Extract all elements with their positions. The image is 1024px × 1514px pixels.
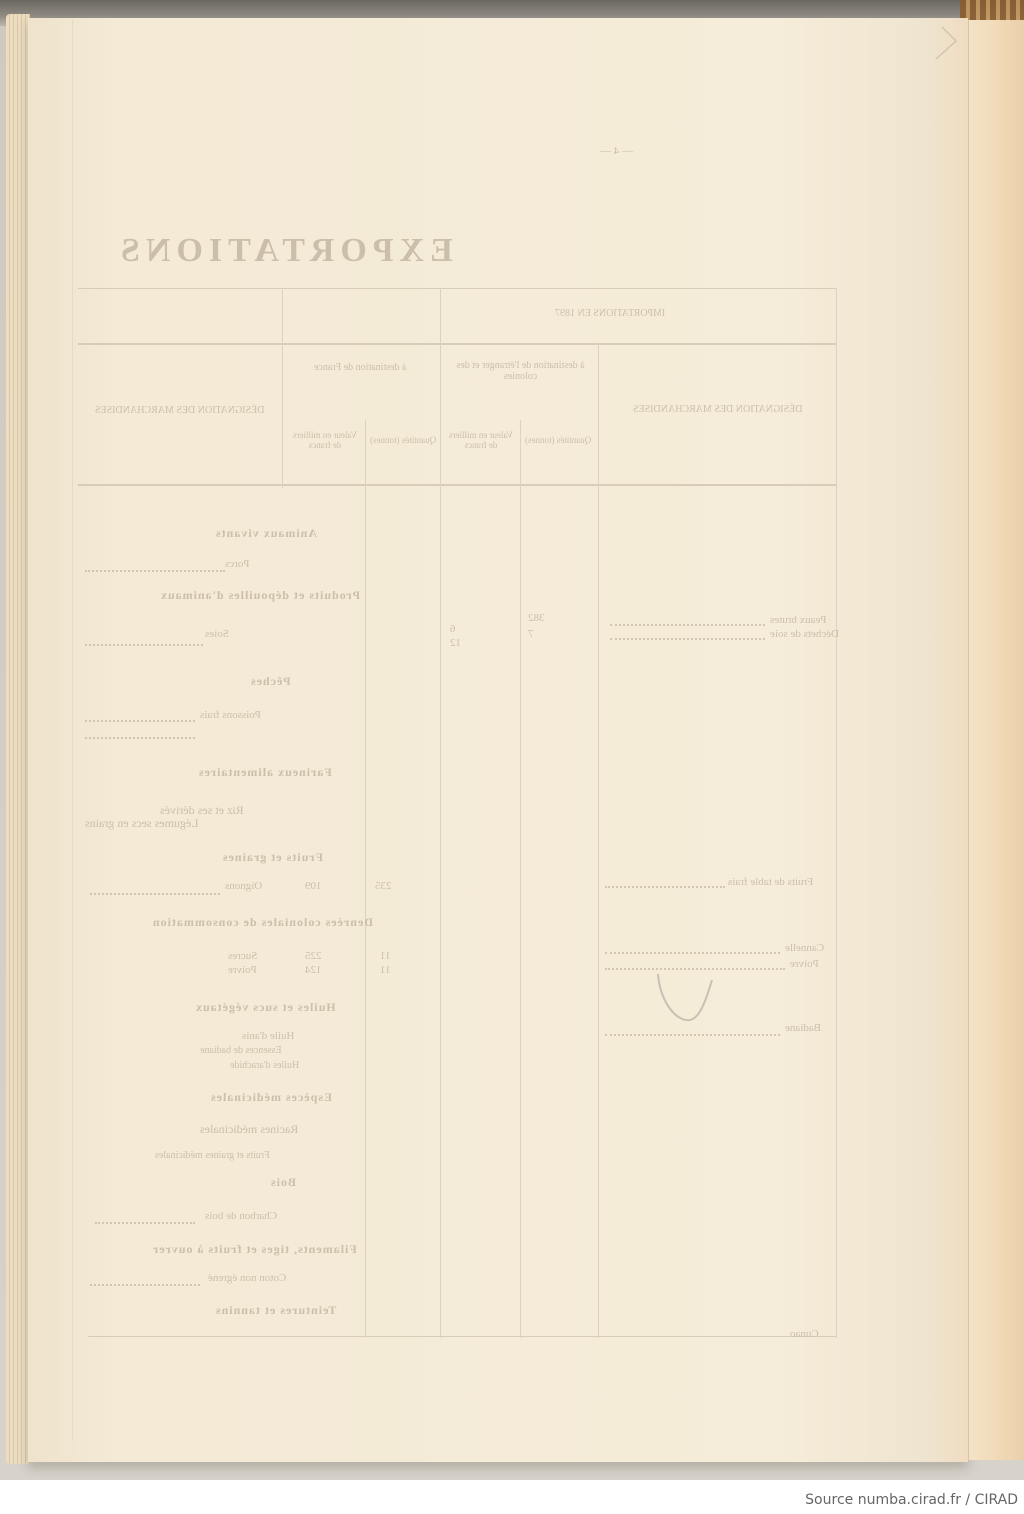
value-text: 11 <box>380 964 391 976</box>
leader-dots <box>85 737 195 740</box>
item-6-1: Essences de badiane <box>200 1045 282 1056</box>
leader-dots <box>85 570 225 573</box>
item-6-2-label: Huiles d'arachide <box>230 1060 299 1071</box>
item-6-2: Huiles d'arachide <box>230 1060 299 1071</box>
section-4: Fruits et graines <box>222 850 323 865</box>
item-5-1-label: Poivre <box>228 964 257 976</box>
section-1: Produits et dépouilles d'animaux <box>160 588 360 603</box>
header-top-right: IMPORTATIONS EN 1897 <box>460 308 760 319</box>
item-4-0-value-2: 235 <box>375 880 392 892</box>
section-7: Espèces médicinales <box>210 1090 332 1105</box>
section-10: Teintures et tannins <box>215 1303 336 1318</box>
page-number-ghost: — 4 — <box>600 145 633 157</box>
right-item-6-label: Cunao <box>790 1328 819 1340</box>
right-item-2: Fruits de table frais <box>728 876 813 888</box>
value-text: 7 <box>528 628 534 640</box>
subheader-2-text: Quantités (tonnes) <box>370 435 436 445</box>
right-item-0: Peaux brutes <box>770 614 827 626</box>
right-item-5-label: Badiane <box>785 1022 821 1034</box>
page-stack-right <box>968 20 1024 1460</box>
section-8-title: Bois <box>270 1175 296 1190</box>
title-text: EXPORTATIONS <box>115 232 453 270</box>
right-item-6: Cunao <box>790 1328 819 1340</box>
value-text: 124 <box>305 964 322 976</box>
section-5: Denrées coloniales de consommation <box>152 915 373 930</box>
right-item-0-value-1: 6 <box>450 623 456 635</box>
table-header-bottom-rule <box>78 484 836 486</box>
item-0-0: Porcs <box>225 558 249 570</box>
table-header-rule <box>78 343 836 345</box>
item-6-0: Huile d'anis <box>242 1030 294 1042</box>
item-7-1: Fruits et graines médicinales <box>155 1150 270 1161</box>
right-item-2-label: Fruits de table frais <box>728 876 813 888</box>
leader-dots <box>605 886 725 889</box>
item-3-1-label: Légumes secs en grains <box>85 816 199 831</box>
leader-dots <box>85 644 203 647</box>
item-5-0-value-2: 11 <box>380 950 391 962</box>
section-9: Filaments, tiges et fruits à ouvrer <box>152 1242 357 1257</box>
item-7-1-label: Fruits et graines médicinales <box>155 1150 270 1161</box>
right-item-0-value-2: 382 <box>528 612 545 624</box>
subheader-2: Quantités (tonnes) <box>368 435 438 445</box>
leader-dots <box>605 1034 780 1037</box>
section-2-title: Pêches <box>250 674 291 689</box>
item-5-1: Poivre <box>228 964 257 976</box>
item-1-0: Soies <box>205 628 229 640</box>
section-3-title: Farineux alimentaires <box>198 765 332 780</box>
pencil-mark-icon <box>650 970 720 1030</box>
item-3-1: Légumes secs en grains <box>85 816 199 831</box>
leader-dots <box>605 952 780 955</box>
table-top-rule <box>78 288 836 289</box>
section-9-title: Filaments, tiges et fruits à ouvrer <box>152 1242 357 1257</box>
leader-dots <box>90 1284 200 1287</box>
leader-dots <box>610 638 765 641</box>
header-designation-right-text: DÉSIGNATION DES MARCHANDISES <box>633 404 802 415</box>
subheader-3: Valeur en milliers de francs <box>445 430 517 450</box>
item-4-0-label: Oignons <box>225 880 262 892</box>
item-4-0-value-1: 109 <box>305 880 322 892</box>
item-7-0: Racines médicinales <box>200 1122 298 1137</box>
section-8: Bois <box>270 1175 296 1190</box>
item-9-0-label: Coton non égrené <box>208 1272 286 1284</box>
source-credit: Source numba.cirad.fr / CIRAD <box>805 1492 1018 1508</box>
section-5-title: Denrées coloniales de consommation <box>152 915 373 930</box>
value-text: 109 <box>305 880 322 892</box>
item-1-0-label: Soies <box>205 628 229 640</box>
subheader-4: Quantités (tonnes) <box>522 435 594 445</box>
leader-dots <box>90 893 220 896</box>
item-9-0: Coton non égrené <box>208 1272 286 1284</box>
section-1-title: Produits et dépouilles d'animaux <box>160 588 360 603</box>
col-divider-2 <box>365 420 366 1338</box>
item-8-0-label: Charbon de bois <box>205 1210 277 1222</box>
item-5-0-value-1: 225 <box>305 950 322 962</box>
subheader-1: Valeur en milliers de francs <box>288 430 362 450</box>
col-divider-4 <box>520 420 521 1338</box>
section-2: Pêches <box>250 674 291 689</box>
right-item-0-label: Peaux brutes <box>770 614 827 626</box>
col-divider-3 <box>440 288 441 1338</box>
value-text: 12 <box>450 637 461 649</box>
subheader-1-text: Valeur en milliers de francs <box>288 430 362 450</box>
right-item-4: Poivre <box>790 958 819 970</box>
section-7-title: Espèces médicinales <box>210 1090 332 1105</box>
page-number-text: — 4 — <box>600 145 633 157</box>
section-0-title: Animaux vivants <box>215 526 317 541</box>
right-item-1-value-1: 12 <box>450 637 461 649</box>
right-item-3: Cannelle <box>785 942 824 954</box>
value-text: 225 <box>305 950 322 962</box>
table-right-border <box>836 288 837 1338</box>
header-group-left-text: à destination de France <box>314 362 406 373</box>
col-divider-1 <box>282 288 283 488</box>
right-item-1-label: Déchets de soie <box>770 628 839 640</box>
col-divider-5 <box>598 343 599 1338</box>
item-5-1-value-1: 124 <box>305 964 322 976</box>
item-4-0: Oignons <box>225 880 262 892</box>
section-10-title: Teintures et tannins <box>215 1303 336 1318</box>
item-5-1-value-2: 11 <box>380 964 391 976</box>
value-text: 11 <box>380 950 391 962</box>
leader-dots <box>610 624 765 627</box>
page-stack-left <box>6 14 30 1464</box>
header-group-right-text: à destination de l'étranger et des colon… <box>448 360 593 382</box>
section-3: Farineux alimentaires <box>198 765 332 780</box>
right-item-5: Badiane <box>785 1022 821 1034</box>
table-bottom-rule <box>88 1336 836 1337</box>
corner-fold-icon <box>930 25 960 65</box>
item-6-1-label: Essences de badiane <box>200 1045 282 1056</box>
item-5-0: Sucres <box>228 950 257 962</box>
subheader-4-text: Quantités (tonnes) <box>525 435 591 445</box>
item-8-0: Charbon de bois <box>205 1210 277 1222</box>
header-designation-left-text: DÉSIGNATION DES MARCHANDISES <box>95 405 264 416</box>
right-item-3-label: Cannelle <box>785 942 824 954</box>
right-item-1-value-2: 7 <box>528 628 534 640</box>
section-6: Huiles et sucs végétaux <box>195 1000 336 1015</box>
value-text: 382 <box>528 612 545 624</box>
leader-dots <box>85 720 195 723</box>
item-7-0-label: Racines médicinales <box>200 1122 298 1137</box>
right-item-4-label: Poivre <box>790 958 819 970</box>
leader-dots <box>95 1222 195 1225</box>
item-2-0-label: Poissons frais <box>200 709 261 721</box>
item-2-0: Poissons frais <box>200 709 261 721</box>
value-text: 235 <box>375 880 392 892</box>
item-0-0-label: Porcs <box>225 558 249 570</box>
section-6-title: Huiles et sucs végétaux <box>195 1000 336 1015</box>
section-0: Animaux vivants <box>215 526 317 541</box>
header-group-right: à destination de l'étranger et des colon… <box>448 360 593 382</box>
section-4-title: Fruits et graines <box>222 850 323 865</box>
header-designation-right: DÉSIGNATION DES MARCHANDISES <box>605 404 830 415</box>
subheader-3-text: Valeur en milliers de francs <box>445 430 517 450</box>
right-item-1: Déchets de soie <box>770 628 839 640</box>
item-5-0-label: Sucres <box>228 950 257 962</box>
header-designation-left: DÉSIGNATION DES MARCHANDISES <box>82 405 277 416</box>
title-ghost: EXPORTATIONS <box>115 232 453 270</box>
header-top-right-text: IMPORTATIONS EN 1897 <box>555 308 665 319</box>
item-6-0-label: Huile d'anis <box>242 1030 294 1042</box>
header-group-left: à destination de France <box>290 362 430 373</box>
value-text: 6 <box>450 623 456 635</box>
